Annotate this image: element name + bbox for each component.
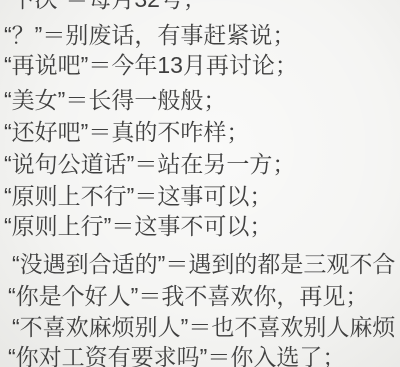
text-line-xiaci: “下次”＝每月32号； [4, 0, 206, 12]
text-line-yuanze-buxing: “原则上不行”＝这事可以； [4, 183, 272, 209]
text-list: “下次”＝每月32号； “？”＝别废话，有事赶紧说； “再说吧”＝今年13月再讨… [0, 0, 400, 367]
text-line-gongzi: “你对工资有要求吗”＝你入选了； [8, 344, 345, 367]
page: { "content": { "description": "photo of … [0, 0, 400, 367]
text-line-wenhao: “？”＝别废话，有事赶紧说； [4, 22, 295, 48]
text-line-meinv: “美女”＝长得一般般； [4, 87, 226, 113]
text-line-haihaoba: “还好吧”＝真的不咋样； [4, 119, 249, 145]
text-line-heshide: 、“没遇到合适的”＝遇到的都是三观不合 [0, 251, 395, 277]
text-line-yuanze-xing: “原则上行”＝这事不可以； [4, 213, 272, 239]
text-line-gongdaohua: “说句公道话”＝站在另一方； [4, 151, 295, 177]
text-line-mafan: 、“不喜欢麻烦别人”＝也不喜欢别人麻烦 [0, 314, 395, 340]
text-line-haoren: “你是个好人”＝我不喜欢你，再见； [8, 283, 368, 309]
text-line-zaishuoba: “再说吧”＝今年13月再讨论； [4, 52, 298, 78]
